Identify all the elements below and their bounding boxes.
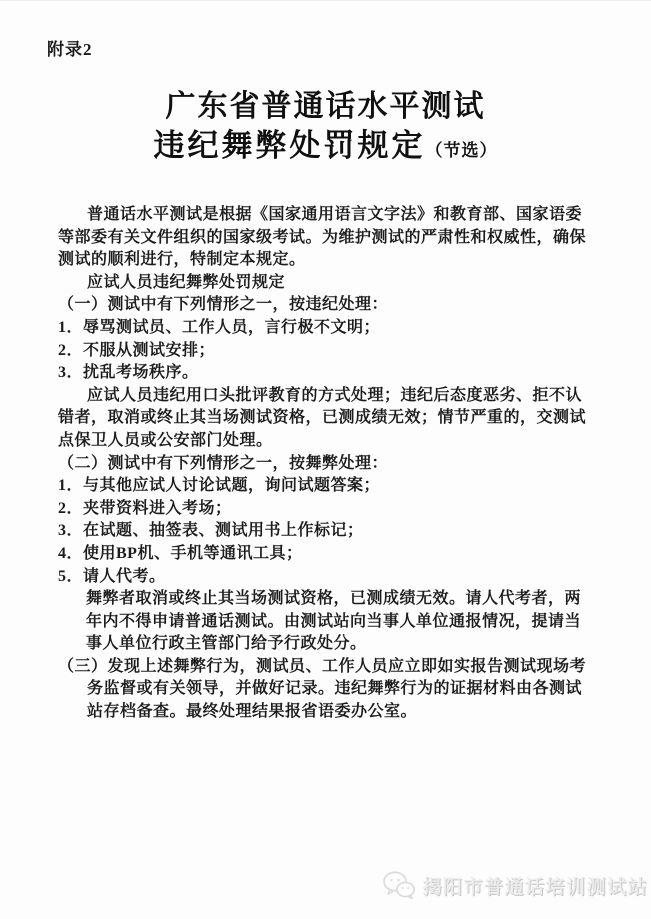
list-item-2-5: 5．请人代考。 <box>58 566 589 589</box>
watermark: 揭阳市普通话培训测试站 <box>383 870 648 900</box>
list-item-2-4: 4．使用BP机、手机等通讯工具； <box>58 543 589 566</box>
list-item-2-3: 3．在试题、抽签表、测试用书上作标记； <box>58 520 589 543</box>
appendix-label: 附录2 <box>47 35 93 60</box>
document-title: 广东省普通话水平测试 违纪舞弊处罚规定（节选） <box>0 89 651 170</box>
title-line-2: 违纪舞弊处罚规定（节选） <box>0 127 651 170</box>
paragraph-subheading: 应试人员违纪舞弊处罚规定 <box>58 272 589 295</box>
wechat-icon <box>383 870 415 900</box>
paragraph-section-1-note: 应试人员违纪用口头批评教育的方式处理；违纪后态度恶劣、拒不认 错者，取消或终止其… <box>58 385 589 453</box>
list-item-2-2: 2．夹带资料进入考场； <box>58 498 589 521</box>
list-item-1-3: 3．扰乱考场秩序。 <box>58 362 589 385</box>
paragraph-section-1: （一）测试中有下列情形之一，按违纪处理： <box>58 294 589 317</box>
list-item-1-1: 1．辱骂测试员、工作人员，言行极不文明； <box>58 317 589 340</box>
document-body: 普通话水平测试是根据《国家通用语言文字法》和教育部、国家语委 等部委有关文件组织… <box>58 204 589 724</box>
paragraph-section-2-note: 舞弊者取消或终止其当场测试资格，已测成绩无效。请人代考者，两 年内不得申请普通话… <box>58 588 589 656</box>
title-line-2-main: 违纪舞弊处罚规定 <box>154 128 426 163</box>
title-line-1: 广东省普通话水平测试 <box>0 89 651 125</box>
watermark-text: 揭阳市普通话培训测试站 <box>422 872 648 899</box>
list-item-2-1: 1．与其他应试人讨论试题，询问试题答案； <box>58 475 589 498</box>
list-item-1-2: 2．不服从测试安排； <box>58 340 589 363</box>
document-page: 附录2 广东省普通话水平测试 违纪舞弊处罚规定（节选） 普通话水平测试是根据《国… <box>0 0 651 919</box>
title-suffix: （节选） <box>426 141 498 160</box>
paragraph-intro: 普通话水平测试是根据《国家通用语言文字法》和教育部、国家语委 等部委有关文件组织… <box>58 204 589 272</box>
paragraph-section-3: （三）发现上述舞弊行为，测试员、工作人员应立即如实报告测试现场考 务监督或有关领… <box>58 656 589 724</box>
paragraph-section-2: （二）测试中有下列情形之一，按舞弊处理： <box>58 453 589 476</box>
